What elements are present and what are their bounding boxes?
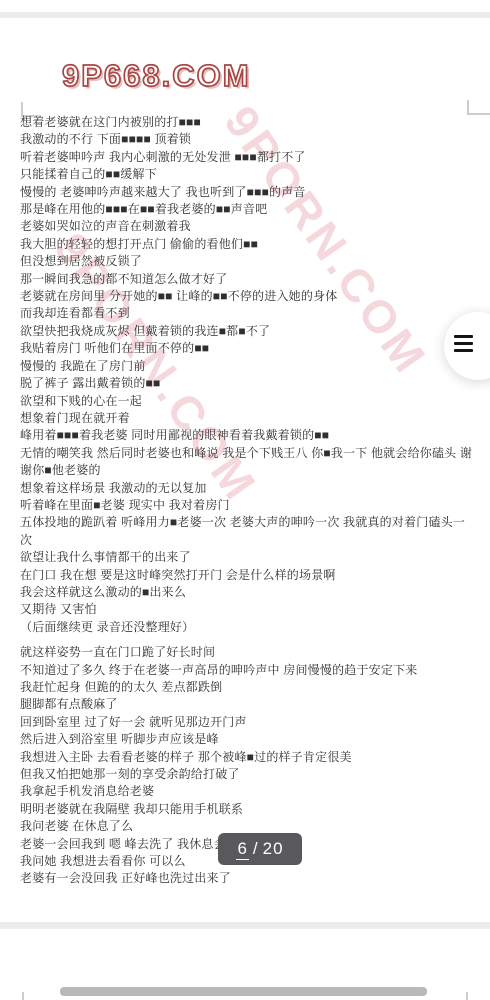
paragraph-gap: [20, 636, 476, 644]
text-line: 但我又怕把她那一刻的享受余韵给打破了: [20, 766, 476, 783]
text-line: 只能揉着自己的■■缓解下: [20, 166, 476, 183]
text-line: 而我却连看都看不到: [20, 305, 476, 322]
text-line: 我想进入主卧 去看看老婆的样子 那个被峰■过的样子肯定很美: [20, 749, 476, 766]
text-line: 我会这样就这么激动的■出来么: [20, 584, 476, 601]
hamburger-menu-icon: [454, 342, 473, 345]
text-line: 欲望让我什么事情都干的出来了: [20, 549, 476, 566]
hamburger-menu-icon: [454, 349, 473, 352]
text-line: 就这样姿势一直在门口跪了好长时间: [20, 644, 476, 661]
text-line: 老婆就在房间里 分开她的■■ 让峰的■■不停的进入她的身体: [20, 288, 476, 305]
frame-corner-right: [467, 100, 490, 115]
text-line: 腿脚都有点酸麻了: [20, 696, 476, 713]
text-line: 我大胆的轻轻的想打开点门 偷偷的看他们■■: [20, 236, 476, 253]
page-separator-slash: /: [253, 839, 259, 859]
total-page-number: 20: [263, 839, 284, 859]
site-logo-watermark: 9P668.COM: [62, 58, 251, 94]
text-line: 想象着门现在就开着: [20, 410, 476, 427]
text-line: 脱了裤子 露出戴着锁的■■: [20, 375, 476, 392]
hamburger-menu-icon: [454, 335, 473, 338]
text-line: 明明老婆就在我隔壁 我却只能用手机联系: [20, 801, 476, 818]
text-line: 想象着这样场景 我激动的无以复加: [20, 480, 476, 497]
text-line: 我激动的不行 下面■■■■ 顶着锁: [20, 131, 476, 148]
text-line: 然后进入到浴室里 听脚步声应该是峰: [20, 731, 476, 748]
text-line: 五体投地的跪趴着 听峰用力■老婆一次 老婆大声的呻吟一次 我就真的对着门磕头一次: [20, 514, 476, 549]
text-line: 老婆有一会没回我 正好峰也洗过出来了: [20, 870, 476, 887]
reader-screen: 9PORN.COM 9PORN.COM 9P668.COM 想着老婆就在这门内被…: [0, 0, 490, 1000]
current-page-number: 6: [236, 839, 248, 860]
text-line: 我拿起手机发消息给老婆: [20, 783, 476, 800]
text-line: 在门口 我在想 要是这时峰突然打开门 会是什么样的场景啊: [20, 567, 476, 584]
text-line: 那是峰在用他的■■■在■■着我老婆的■■声音吧: [20, 201, 476, 218]
text-line: 不知道过了多久 终于在老婆一声高昂的呻吟声中 房间慢慢的趋于安定下来: [20, 662, 476, 679]
text-line: 我赶忙起身 但跪的的太久 差点都跌倒: [20, 679, 476, 696]
text-line: 我贴着房门 听他们在里面不停的■■: [20, 340, 476, 357]
text-line: 老婆如哭如泣的声音在刺激着我: [20, 218, 476, 235]
next-frame-corner-left: [22, 992, 24, 1000]
text-line: 听着老婆呻吟声 我内心刺激的无处发泄 ■■■都打不了: [20, 149, 476, 166]
page-indicator-badge[interactable]: 6 / 20: [218, 833, 302, 865]
current-page-image[interactable]: 9PORN.COM 9PORN.COM 9P668.COM 想着老婆就在这门内被…: [0, 18, 490, 922]
text-line: 想着老婆就在这门内被别的打■■■: [20, 114, 476, 131]
text-line: 峰用着■■■着我老婆 同时用鄙视的眼神看着我戴着锁的■■: [20, 427, 476, 444]
page-separator-bottom: [0, 922, 490, 929]
text-line: 回到卧室里 过了好一会 就听见那边开门声: [20, 714, 476, 731]
text-line: 慢慢的 老婆呻吟声越来越大了 我也听到了■■■的声音: [20, 184, 476, 201]
text-line: 又期待 又害怕: [20, 601, 476, 618]
text-line: 慢慢的 我跪在了房门前: [20, 358, 476, 375]
text-line: 欲望快把我烧成灰烬 但戴着锁的我连■都■不了: [20, 323, 476, 340]
text-line: 听着峰在里面■老婆 现实中 我对着房门: [20, 497, 476, 514]
text-line: 但没想到居然被反锁了: [20, 253, 476, 270]
text-line: （后面继续更 录音还没整理好）: [20, 619, 476, 636]
text-line: 无情的嘲笑我 然后同时老婆也和峰说 我是个下贱王八 你■我一下 他就会给你磕头 …: [20, 445, 476, 480]
text-line: 那一瞬间我急的都不知道怎么做才好了: [20, 271, 476, 288]
text-block-1: 想着老婆就在这门内被别的打■■■我激动的不行 下面■■■■ 顶着锁听着老婆呻吟声…: [20, 114, 476, 636]
next-frame-corner-right: [466, 992, 468, 1000]
story-text: 想着老婆就在这门内被别的打■■■我激动的不行 下面■■■■ 顶着锁听着老婆呻吟声…: [20, 114, 476, 888]
text-line: 欲望和下贱的心在一起: [20, 393, 476, 410]
next-page-preview-bar: [60, 987, 427, 996]
